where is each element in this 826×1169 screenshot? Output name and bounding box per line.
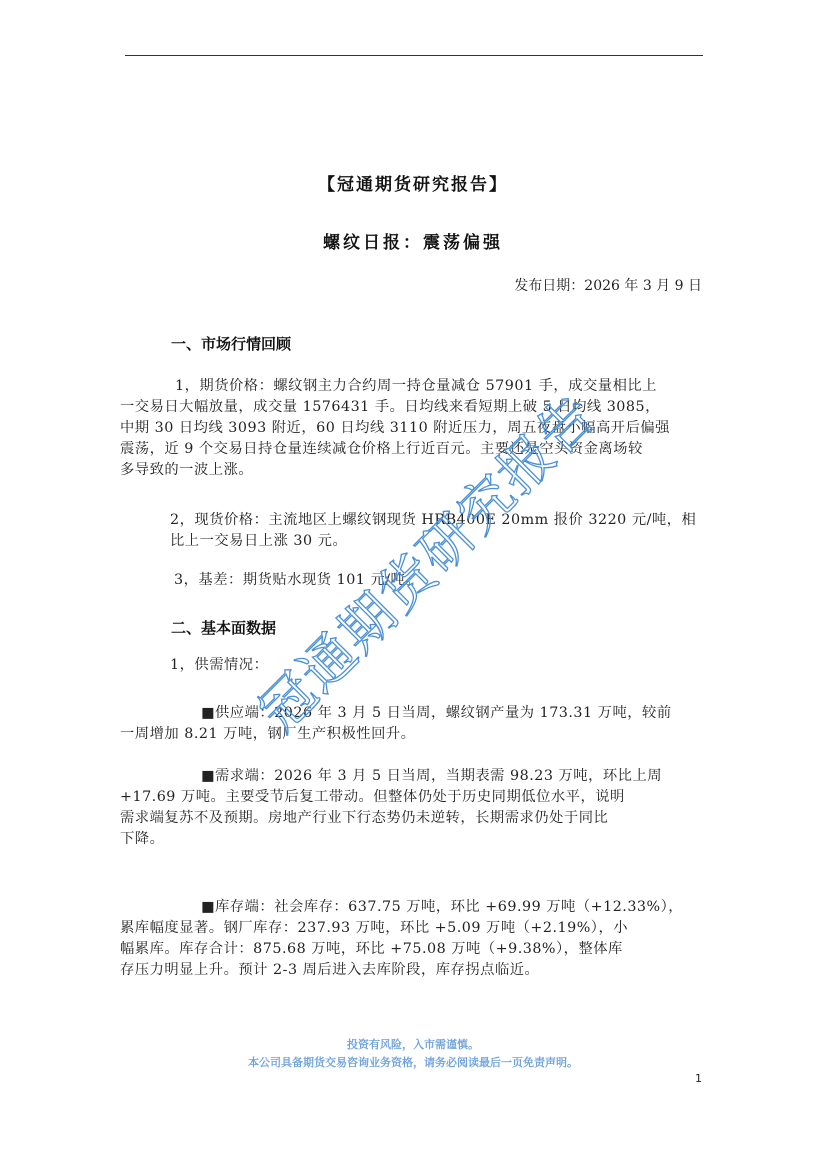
header-rule (125, 55, 703, 56)
section-heading-fundamentals: 二、基本面数据 (171, 617, 276, 638)
page-number: 1 (695, 1072, 702, 1085)
subheading-supply-demand: 1，供需情况： (170, 655, 704, 676)
paragraph-futures-price: 1，期货价格：螺纹钢主力合约周一持仓量减仓 57901 手，成交量相比上 一交易… (120, 376, 704, 481)
paragraph-line: ■需求端：2026 年 3 月 5 日当周，当期表需 98.23 万吨，环比上周 (120, 766, 704, 787)
paragraph-line: 比上一交易日上涨 30 元。 (170, 531, 704, 552)
paragraph-line: ■供应端：2026 年 3 月 5 日当周，螺纹钢产量为 173.31 万吨，较… (120, 703, 704, 724)
paragraph-inventory: ■库存端：社会库存：637.75 万吨，环比 +69.99 万吨（+12.33%… (120, 897, 704, 981)
paragraph-line: 一交易日大幅放量，成交量 1576431 手。日均线来看短期上破 5 日均线 3… (120, 397, 704, 418)
paragraph-line: 累库幅度显著。钢厂库存：237.93 万吨，环比 +5.09 万吨（+2.19%… (120, 918, 704, 939)
paragraph-line: 幅累库。库存合计：875.68 万吨，环比 +75.08 万吨（+9.38%），… (120, 939, 704, 960)
paragraph-line: 一周增加 8.21 万吨，钢厂生产积极性回升。 (120, 724, 704, 745)
paragraph-basis: 3，基差：期货贴水现货 101 元/吨。 (174, 570, 704, 591)
paragraph-line: 1，供需情况： (170, 655, 704, 676)
paragraph-demand: ■需求端：2026 年 3 月 5 日当周，当期表需 98.23 万吨，环比上周… (120, 766, 704, 850)
paragraph-line: +17.69 万吨。主要受节后复工带动。但整体仍处于历史同期低位水平，说明 (120, 787, 704, 808)
paragraph-line: 多导致的一波上涨。 (120, 460, 704, 481)
paragraph-line: 下降。 (120, 829, 704, 850)
report-title: 螺纹日报：震荡偏强 (0, 228, 826, 253)
footer-risk-notice: 投资有风险，入市需谨慎。 (0, 1036, 826, 1052)
paragraph-line: 需求端复苏不及预期。房地产行业下行态势仍未逆转，长期需求仍处于同比 (120, 808, 704, 829)
paragraph-line: 1，期货价格：螺纹钢主力合约周一持仓量减仓 57901 手，成交量相比上 (120, 376, 704, 397)
paragraph-line: 2，现货价格：主流地区上螺纹钢现货 HRB400E 20mm 报价 3220 元… (170, 510, 704, 531)
paragraph-line: 存压力明显上升。预计 2-3 周后进入去库阶段，库存拐点临近。 (120, 960, 704, 981)
footer-disclaimer: 本公司具备期货交易咨询业务资格，请务必阅读最后一页免责声明。 (0, 1054, 826, 1070)
paragraph-spot-price: 2，现货价格：主流地区上螺纹钢现货 HRB400E 20mm 报价 3220 元… (170, 510, 704, 552)
paragraph-line: 震荡，近 9 个交易日持仓量连续减仓价格上行近百元。主要还是空头资金离场较 (120, 439, 704, 460)
paragraph-line: 3，基差：期货贴水现货 101 元/吨。 (174, 570, 704, 591)
report-brand: 【冠通期货研究报告】 (0, 170, 826, 195)
paragraph-line: 中期 30 日均线 3093 附近，60 日均线 3110 附近压力，周五夜盘小… (120, 418, 704, 439)
paragraph-supply: ■供应端：2026 年 3 月 5 日当周，螺纹钢产量为 173.31 万吨，较… (120, 703, 704, 745)
section-heading-market-review: 一、市场行情回顾 (171, 333, 291, 354)
publish-date: 发布日期：2026 年 3 月 9 日 (514, 275, 702, 295)
paragraph-line: ■库存端：社会库存：637.75 万吨，环比 +69.99 万吨（+12.33%… (120, 897, 704, 918)
